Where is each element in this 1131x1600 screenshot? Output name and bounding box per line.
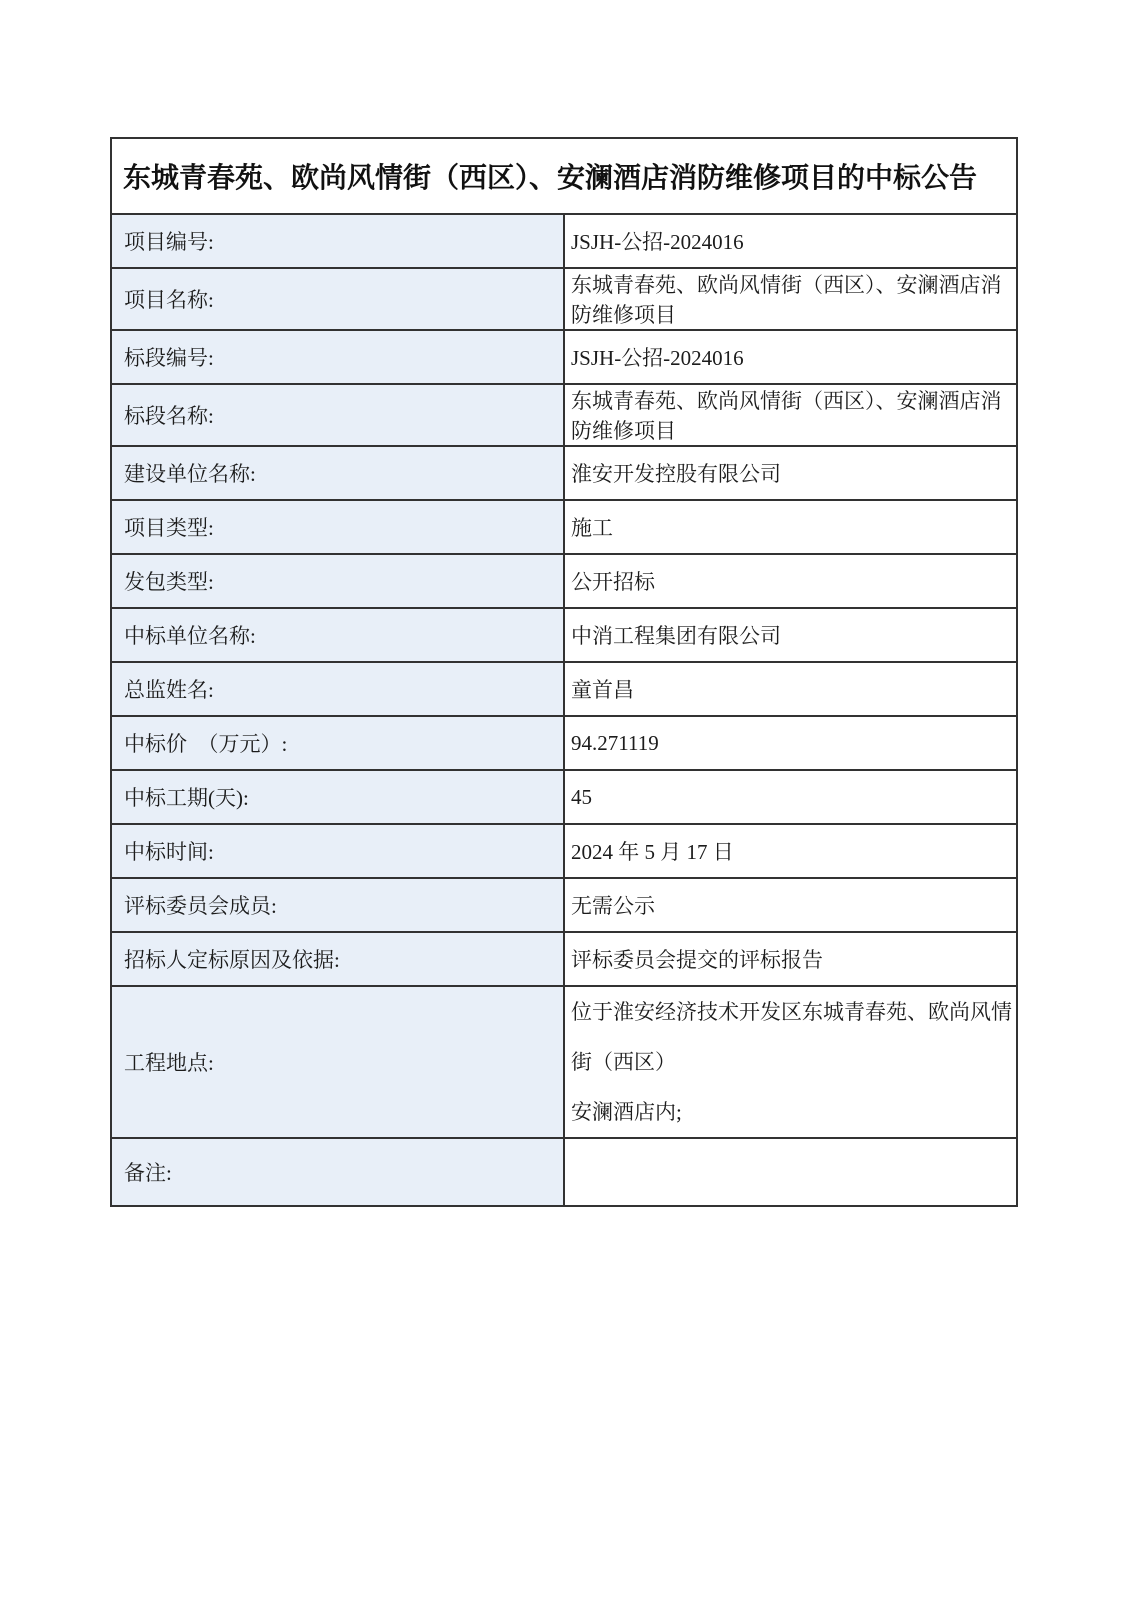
row-value [564, 1138, 1017, 1206]
row-label: 中标工期(天): [111, 770, 564, 824]
row-value: 东城青春苑、欧尚风情街（西区）、安澜酒店消防维修项目 [564, 268, 1017, 330]
table-row: 中标时间:2024 年 5 月 17 日 [111, 824, 1017, 878]
table-row: 评标委员会成员:无需公示 [111, 878, 1017, 932]
table-row: 总监姓名:童首昌 [111, 662, 1017, 716]
row-label: 招标人定标原因及依据: [111, 932, 564, 986]
table-row: 项目类型:施工 [111, 500, 1017, 554]
row-value: 中消工程集团有限公司 [564, 608, 1017, 662]
table-row: 中标工期(天):45 [111, 770, 1017, 824]
row-value: 无需公示 [564, 878, 1017, 932]
row-value: JSJH-公招-2024016 [564, 214, 1017, 268]
row-value: 94.271119 [564, 716, 1017, 770]
document-page: 东城青春苑、欧尚风情街（西区）、安澜酒店消防维修项目的中标公告 项目编号:JSJ… [0, 0, 1131, 1600]
row-value: 公开招标 [564, 554, 1017, 608]
row-label: 发包类型: [111, 554, 564, 608]
row-value: 位于淮安经济技术开发区东城青春苑、欧尚风情街（西区） 安澜酒店内; [564, 986, 1017, 1138]
row-value: 东城青春苑、欧尚风情街（西区）、安澜酒店消防维修项目 [564, 384, 1017, 446]
table-row: 标段名称:东城青春苑、欧尚风情街（西区）、安澜酒店消防维修项目 [111, 384, 1017, 446]
table-row: 建设单位名称:淮安开发控股有限公司 [111, 446, 1017, 500]
row-label: 建设单位名称: [111, 446, 564, 500]
table-row: 工程地点:位于淮安经济技术开发区东城青春苑、欧尚风情街（西区） 安澜酒店内; [111, 986, 1017, 1138]
row-label: 总监姓名: [111, 662, 564, 716]
row-value: 45 [564, 770, 1017, 824]
row-label: 备注: [111, 1138, 564, 1206]
row-label: 标段名称: [111, 384, 564, 446]
row-label: 项目名称: [111, 268, 564, 330]
table-row: 项目编号:JSJH-公招-2024016 [111, 214, 1017, 268]
table-row: 发包类型:公开招标 [111, 554, 1017, 608]
row-label: 标段编号: [111, 330, 564, 384]
row-label: 中标单位名称: [111, 608, 564, 662]
row-label: 中标时间: [111, 824, 564, 878]
table-row: 中标单位名称:中消工程集团有限公司 [111, 608, 1017, 662]
row-value: 2024 年 5 月 17 日 [564, 824, 1017, 878]
table-row: 项目名称:东城青春苑、欧尚风情街（西区）、安澜酒店消防维修项目 [111, 268, 1017, 330]
row-value: 施工 [564, 500, 1017, 554]
page-title: 东城青春苑、欧尚风情街（西区）、安澜酒店消防维修项目的中标公告 [111, 138, 1017, 214]
row-value: JSJH-公招-2024016 [564, 330, 1017, 384]
row-label: 项目类型: [111, 500, 564, 554]
announcement-table-body: 东城青春苑、欧尚风情街（西区）、安澜酒店消防维修项目的中标公告 项目编号:JSJ… [111, 138, 1017, 1206]
row-label: 评标委员会成员: [111, 878, 564, 932]
title-row: 东城青春苑、欧尚风情街（西区）、安澜酒店消防维修项目的中标公告 [111, 138, 1017, 214]
row-label: 项目编号: [111, 214, 564, 268]
row-label: 工程地点: [111, 986, 564, 1138]
row-value: 淮安开发控股有限公司 [564, 446, 1017, 500]
row-value: 童首昌 [564, 662, 1017, 716]
row-label: 中标价 （万元）: [111, 716, 564, 770]
row-value: 评标委员会提交的评标报告 [564, 932, 1017, 986]
announcement-table: 东城青春苑、欧尚风情街（西区）、安澜酒店消防维修项目的中标公告 项目编号:JSJ… [110, 137, 1018, 1207]
table-row: 招标人定标原因及依据:评标委员会提交的评标报告 [111, 932, 1017, 986]
table-row: 备注: [111, 1138, 1017, 1206]
table-row: 中标价 （万元）:94.271119 [111, 716, 1017, 770]
table-row: 标段编号:JSJH-公招-2024016 [111, 330, 1017, 384]
